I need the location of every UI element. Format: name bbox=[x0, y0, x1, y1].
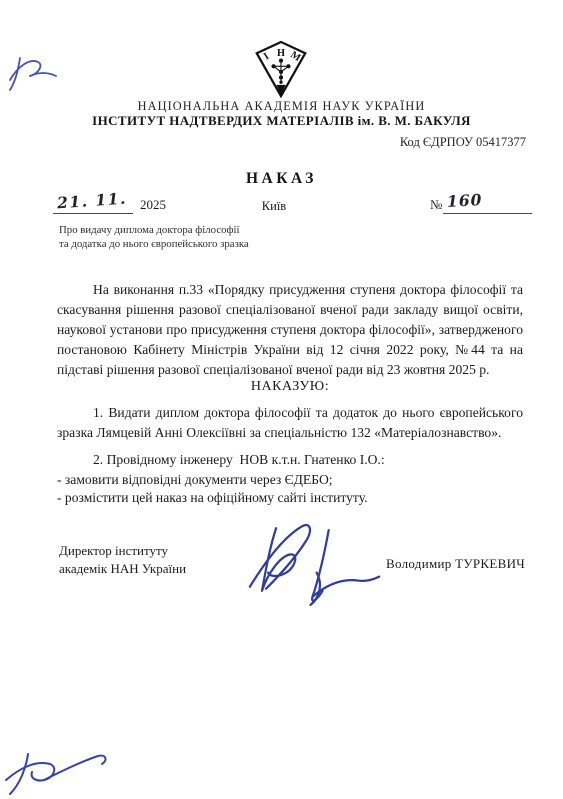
order-item-2-sub1: - замовити відповідні документи через ЄД… bbox=[57, 470, 523, 490]
order-item-1: 1. Видати диплом доктора філософії та до… bbox=[57, 403, 523, 443]
handwritten-order-number: 160 bbox=[447, 190, 483, 211]
paraph-ink-top bbox=[4, 50, 60, 94]
scanned-order-document: І Н М НАЦІОНАЛЬНА АКАДЕМІЯ НАУК УКРАЇНИ … bbox=[0, 0, 563, 799]
edrpou-code: Код ЄДРПОУ 05417377 bbox=[400, 135, 526, 150]
org-name-line1: НАЦІОНАЛЬНА АКАДЕМІЯ НАУК УКРАЇНИ bbox=[0, 99, 563, 114]
signer-name: Володимир ТУРКЕВИЧ bbox=[386, 556, 525, 572]
preamble-paragraph: На виконання п.33 «Порядку присудження с… bbox=[57, 280, 523, 380]
paraph-ink-bottom bbox=[0, 746, 118, 798]
order-title: НАКАЗ bbox=[0, 170, 563, 188]
signer-position-line: Директор інституту bbox=[59, 542, 186, 560]
logo-letter: Н bbox=[277, 48, 285, 59]
subject-line: Про видачу диплома доктора філософії bbox=[59, 224, 249, 238]
signer-position-line: академік НАН України bbox=[59, 560, 186, 578]
signer-position: Директор інституту академік НАН України bbox=[59, 542, 186, 577]
decree-word: НАКАЗУЮ: bbox=[57, 379, 523, 395]
subject-line: та додатка до нього європейського зразка bbox=[59, 238, 249, 252]
institute-logo-icon: І Н М bbox=[253, 40, 309, 100]
order-item-2-head: 2. Провідному інженеру НОВ к.т.н. Гнатен… bbox=[57, 450, 523, 470]
director-signature-ink bbox=[230, 516, 395, 612]
order-subject: Про видачу диплома доктора філософії та … bbox=[59, 224, 249, 251]
order-item-2-sub2: - розмістити цей наказ на офіційному сай… bbox=[57, 488, 523, 508]
number-underline bbox=[443, 213, 532, 214]
order-number-label: № bbox=[430, 197, 442, 213]
org-name-line2: ІНСТИТУТ НАДТВЕРДИХ МАТЕРІАЛІВ ім. В. М.… bbox=[0, 113, 563, 129]
